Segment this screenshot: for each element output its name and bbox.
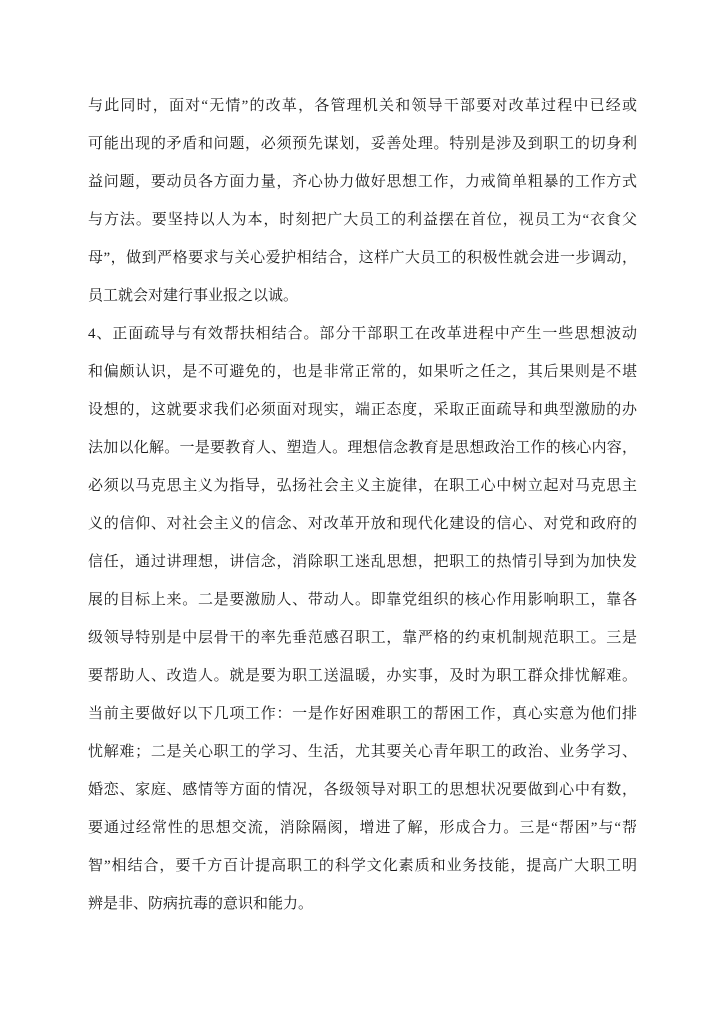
text-line: 益问题，要动员各方面力量，齐心协力做好思想工作，力戒简单粗暴的工作方式 [88,163,637,201]
text-line: 母”，做到严格要求与关心爱护相结合，这样广大员工的积极性就会进一步调动， [88,239,637,277]
text-line: 可能出现的矛盾和问题，必须预先谋划，妥善处理。特别是涉及到职工的切身利 [88,125,637,163]
text-line: 与此同时，面对“无情”的改革，各管理机关和领导干部要对改革过程中已经或 [88,87,637,125]
text-line: 员工就会对建行事业报之以诚。 [88,277,637,315]
text-line: 与方法。要坚持以人为本，时刻把广大员工的利益摆在首位，视员工为“衣食父 [88,201,637,239]
text-line: 展的目标上来。二是要激励人、带动人。即靠党组织的核心作用影响职工，靠各 [88,581,637,619]
text-line: 智”相结合，要千方百计提高职工的科学文化素质和业务技能，提高广大职工明 [88,847,637,885]
paragraph-2: 4、正面疏导与有效帮扶相结合。部分干部职工在改革进程中产生一些思想波动 和偏颇认… [88,315,637,923]
text-line: 义的信仰、对社会主义的信念、对改革开放和现代化建设的信心、对党和政府的 [88,505,637,543]
text-line: 要帮助人、改造人。就是要为职工送温暖，办实事，及时为职工群众排忧解难。 [88,657,637,695]
text-line: 婚恋、家庭、感情等方面的情况，各级领导对职工的思想状况要做到心中有数， [88,771,637,809]
text-line: 和偏颇认识，是不可避免的，也是非常正常的，如果听之任之，其后果则是不堪 [88,353,637,391]
text-line: 法加以化解。一是要教育人、塑造人。理想信念教育是思想政治工作的核心内容， [88,429,637,467]
document-page: 与此同时，面对“无情”的改革，各管理机关和领导干部要对改革过程中已经或 可能出现… [0,0,721,1020]
text-line: 信任，通过讲理想，讲信念，消除职工迷乱思想，把职工的热情引导到为加快发 [88,543,637,581]
text-line: 设想的，这就要求我们必须面对现实，端正态度，采取正面疏导和典型激励的办 [88,391,637,429]
text-line: 4、正面疏导与有效帮扶相结合。部分干部职工在改革进程中产生一些思想波动 [88,315,637,353]
text-line: 当前主要做好以下几项工作：一是作好困难职工的帮困工作，真心实意为他们排 [88,695,637,733]
text-line: 要通过经常性的思想交流，消除隔阂，增进了解，形成合力。三是“帮困”与“帮 [88,809,637,847]
text-line: 必须以马克思主义为指导，弘扬社会主义主旋律，在职工心中树立起对马克思主 [88,467,637,505]
text-line: 辨是非、防病抗毒的意识和能力。 [88,885,637,923]
text-line: 级领导特别是中层骨干的率先垂范感召职工，靠严格的约束机制规范职工。三是 [88,619,637,657]
paragraph-1: 与此同时，面对“无情”的改革，各管理机关和领导干部要对改革过程中已经或 可能出现… [88,87,637,315]
text-line: 忧解难；二是关心职工的学习、生活，尤其要关心青年职工的政治、业务学习、 [88,733,637,771]
